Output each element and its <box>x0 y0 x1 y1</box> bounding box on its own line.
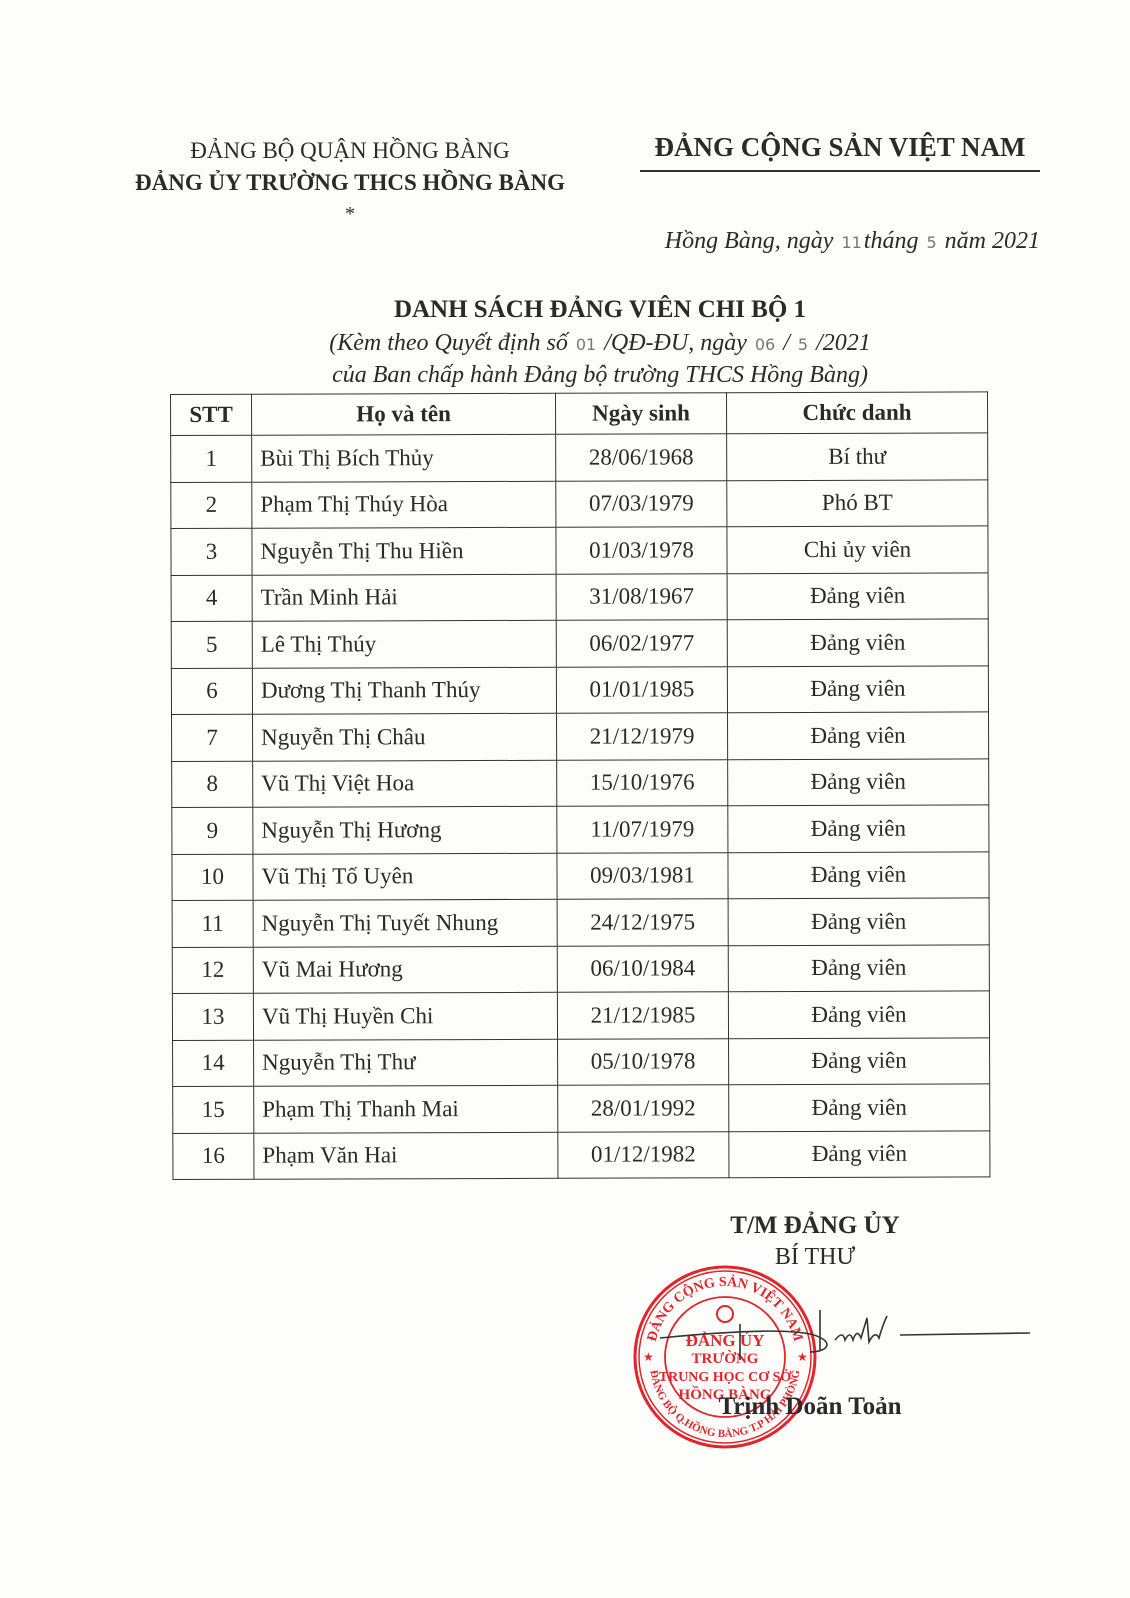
row-name: Phạm Thị Thúy Hòa <box>252 481 556 528</box>
svg-text:TRUNG HỌC CƠ SỞ: TRUNG HỌC CƠ SỞ <box>659 1368 793 1385</box>
row-dob: 15/10/1976 <box>557 759 728 806</box>
row-name: Bùi Thị Bích Thủy <box>252 434 556 481</box>
row-dob: 28/01/1992 <box>558 1085 729 1132</box>
table-row: 2Phạm Thị Thúy Hòa07/03/1979Phó BT <box>171 479 988 528</box>
row-dob: 31/08/1967 <box>556 573 727 620</box>
decision-prefix: (Kèm theo Quyết định số <box>329 330 574 356</box>
table-row: 9Nguyễn Thị Hương11/07/1979Đảng viên <box>172 805 989 854</box>
table-row: 8Vũ Thị Việt Hoa15/10/1976Đảng viên <box>172 758 989 807</box>
handwritten-month: 5 <box>924 233 938 252</box>
table-row: 16Phạm Văn Hai01/12/1982Đảng viên <box>173 1130 990 1179</box>
row-dob: 28/06/1968 <box>556 434 727 481</box>
row-name: Lê Thị Thúy <box>252 620 556 667</box>
row-stt: 11 <box>172 900 253 947</box>
signatory-name: Trịnh Doãn Toản <box>690 1393 930 1421</box>
handwritten-decision-number: 01 <box>574 335 598 354</box>
row-name: Vũ Thị Huyền Chi <box>253 992 557 1039</box>
row-stt: 6 <box>171 668 252 715</box>
row-stt: 14 <box>173 1040 254 1087</box>
row-name: Nguyễn Thị Hương <box>253 806 557 853</box>
decision-sep: / <box>777 330 796 356</box>
row-name: Nguyễn Thị Tuyết Nhung <box>253 899 557 946</box>
signature-on-behalf: T/M ĐẢNG ỦY <box>700 1212 930 1240</box>
row-stt: 5 <box>171 621 252 668</box>
place-date: Hồng Bàng, ngày 11tháng 5 năm 2021 <box>620 228 1040 255</box>
member-table: STT Họ và tên Ngày sinh Chức danh 1Bùi T… <box>170 391 990 1180</box>
table-row: 14Nguyễn Thị Thư05/10/1978Đảng viên <box>173 1037 990 1086</box>
table-row: 12Vũ Mai Hương06/10/1984Đảng viên <box>172 944 989 993</box>
document-subtitle-decision: (Kèm theo Quyết định số 01 /QĐ-ĐU, ngày … <box>200 330 1000 357</box>
row-role: Đảng viên <box>728 898 989 945</box>
org-parent-name: ĐẢNG BỘ QUẬN HỒNG BÀNG <box>100 138 600 164</box>
row-name: Vũ Mai Hương <box>253 946 557 993</box>
table-row: 13Vũ Thị Huyền Chi21/12/1985Đảng viên <box>172 991 989 1040</box>
table-row: 6Dương Thị Thanh Thúy01/01/1985Đảng viên <box>171 665 988 714</box>
national-heading: ĐẢNG CỘNG SẢN VIỆT NAM <box>636 132 1044 163</box>
table-row: 4Trần Minh Hải31/08/1967Đảng viên <box>171 572 988 621</box>
row-dob: 01/12/1982 <box>558 1131 729 1178</box>
handwritten-signature-icon <box>660 1300 1030 1370</box>
row-name: Phạm Thị Thanh Mai <box>254 1085 558 1132</box>
row-stt: 12 <box>172 947 253 994</box>
svg-text:★: ★ <box>643 1350 654 1364</box>
row-stt: 4 <box>171 575 252 622</box>
table-row: 7Nguyễn Thị Châu21/12/1979Đảng viên <box>172 712 989 761</box>
table-row: 3Nguyễn Thị Thu Hiền01/03/1978Chi ủy viê… <box>171 526 988 575</box>
table-row: 11Nguyễn Thị Tuyết Nhung24/12/1975Đảng v… <box>172 898 989 947</box>
place-date-month-label: tháng <box>864 228 925 254</box>
row-role: Đảng viên <box>727 619 988 666</box>
row-name: Vũ Thị Việt Hoa <box>253 760 557 807</box>
handwritten-day: 11 <box>839 233 863 252</box>
row-role: Chi ủy viên <box>727 526 988 573</box>
org-star: * <box>100 203 600 226</box>
header-role: Chức danh <box>726 392 987 434</box>
row-role: Đảng viên <box>728 851 989 898</box>
row-role: Đảng viên <box>728 712 989 759</box>
row-name: Trần Minh Hải <box>252 574 556 621</box>
decision-year: /2021 <box>810 330 871 356</box>
row-stt: 2 <box>171 482 252 529</box>
row-stt: 3 <box>171 528 252 575</box>
row-stt: 9 <box>172 807 253 854</box>
row-role: Đảng viên <box>729 1037 990 1084</box>
row-stt: 8 <box>172 761 253 808</box>
row-role: Đảng viên <box>728 805 989 852</box>
decision-mid: /QĐ-ĐU, ngày <box>598 330 753 356</box>
org-name: ĐẢNG ỦY TRƯỜNG THCS HỒNG BÀNG <box>100 170 600 196</box>
row-stt: 10 <box>172 854 253 901</box>
header-name: Họ và tên <box>252 393 556 435</box>
row-stt: 1 <box>171 435 252 482</box>
place-date-prefix: Hồng Bàng, ngày <box>665 228 840 254</box>
row-dob: 06/02/1977 <box>556 620 727 667</box>
row-name: Nguyễn Thị Châu <box>253 713 557 760</box>
header-dob: Ngày sinh <box>555 393 726 435</box>
table-row: 10Vũ Thị Tố Uyên09/03/1981Đảng viên <box>172 851 989 900</box>
row-name: Nguyễn Thị Thư <box>254 1039 558 1086</box>
row-stt: 7 <box>172 714 253 761</box>
row-role: Đảng viên <box>728 944 989 991</box>
row-role: Đảng viên <box>727 572 988 619</box>
row-dob: 11/07/1979 <box>557 806 728 853</box>
place-date-year: năm 2021 <box>939 228 1040 254</box>
document-title: DANH SÁCH ĐẢNG VIÊN CHI BỘ 1 <box>200 296 1000 324</box>
row-role: Đảng viên <box>728 991 989 1038</box>
document-subtitle-issuer: của Ban chấp hành Đảng bộ trường THCS Hồ… <box>200 362 1000 389</box>
row-dob: 01/03/1978 <box>556 527 727 574</box>
row-dob: 21/12/1979 <box>557 713 728 760</box>
row-stt: 15 <box>173 1086 254 1133</box>
row-dob: 01/01/1985 <box>556 666 727 713</box>
row-role: Đảng viên <box>729 1084 990 1131</box>
row-role: Phó BT <box>727 479 988 526</box>
row-name: Vũ Thị Tố Uyên <box>253 853 557 900</box>
row-role: Đảng viên <box>728 758 989 805</box>
row-role: Đảng viên <box>727 665 988 712</box>
row-name: Nguyễn Thị Thu Hiền <box>252 527 556 574</box>
heading-underline <box>640 170 1040 172</box>
row-stt: 13 <box>172 993 253 1040</box>
row-stt: 16 <box>173 1133 254 1180</box>
row-name: Dương Thị Thanh Thúy <box>252 667 556 714</box>
row-name: Phạm Văn Hai <box>254 1132 558 1179</box>
header-stt: STT <box>171 394 252 435</box>
row-role: Bí thư <box>727 433 988 480</box>
row-role: Đảng viên <box>729 1130 990 1177</box>
row-dob: 05/10/1978 <box>558 1038 729 1085</box>
row-dob: 24/12/1975 <box>557 899 728 946</box>
table-row: 15Phạm Thị Thanh Mai28/01/1992Đảng viên <box>173 1084 990 1133</box>
row-dob: 07/03/1979 <box>556 480 727 527</box>
row-dob: 09/03/1981 <box>557 852 728 899</box>
row-dob: 21/12/1985 <box>557 992 728 1039</box>
table-row: 1Bùi Thị Bích Thủy28/06/1968Bí thư <box>171 433 988 482</box>
table-header-row: STT Họ và tên Ngày sinh Chức danh <box>171 392 988 436</box>
table-row: 5Lê Thị Thúy06/02/1977Đảng viên <box>171 619 988 668</box>
handwritten-decision-day: 06 <box>753 335 777 354</box>
row-dob: 06/10/1984 <box>557 945 728 992</box>
handwritten-decision-month: 5 <box>796 335 810 354</box>
